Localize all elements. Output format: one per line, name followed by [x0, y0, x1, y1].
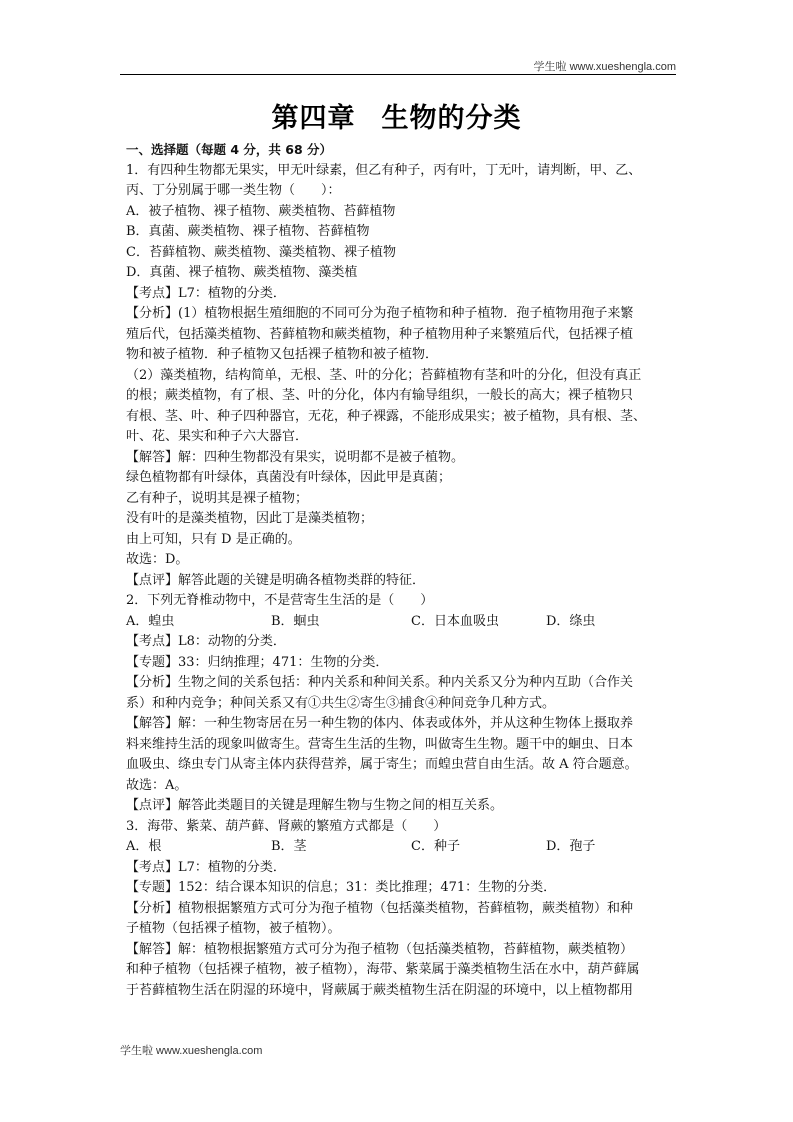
jieda-line: 【解答】解：一种生物寄居在另一种生物的体内、体表或体外，并从这种生物体上摄取养: [126, 714, 676, 735]
fenxi-line: （2）藻类植物，结构简单，无根、茎、叶的分化；苔藓植物有茎和叶的分化，但没有真正: [126, 366, 676, 387]
jieda-line: 【解答】解：植物根据繁殖方式可分为孢子植物（包括藻类植物，苔藓植物，蕨类植物）: [126, 940, 676, 961]
jieda-line: 绿色植物都有叶绿体，真菌没有叶绿体，因此甲是真菌；: [126, 468, 676, 489]
chapter-name: 生物的分类: [382, 103, 522, 134]
question-2: 2．下列无脊椎动物中，不是营寄生生活的是（ ） A．蝗虫 B．蛔虫 C．日本血吸…: [126, 591, 676, 817]
jieda-line: 血吸虫、绦虫专门从寄主体内获得营养，属于寄生；而蝗虫营自由生活。故 A 符合题意…: [126, 755, 676, 776]
jieda-line: 故选：D。: [126, 550, 676, 571]
option-c: C．种子: [411, 837, 546, 858]
jieda-line: 故选：A。: [126, 776, 676, 797]
option-a: A．蝗虫: [126, 612, 271, 633]
question-stem: 3．海带、紫菜、葫芦藓、肾蕨的繁殖方式都是（ ）: [126, 817, 676, 838]
fenxi-line: 殖后代，包括藻类植物、苔藓植物和蕨类植物，种子植物用种子来繁殖后代，包括裸子植: [126, 325, 676, 346]
option-a: A．被子植物、裸子植物、蕨类植物、苔藓植物: [126, 202, 676, 223]
jieda-line: 由上可知，只有 D 是正确的。: [126, 530, 676, 551]
header-divider: [120, 74, 676, 75]
fenxi-line: 系）和种内竞争；种间关系又有①共生②寄生③捕食④种间竞争几种方式。: [126, 694, 676, 715]
chapter-number: 第四章: [272, 103, 356, 134]
fenxi-line: 【分析】生物之间的关系包括：种内关系和种间关系。种内关系又分为种内互助（合作关: [126, 673, 676, 694]
kaodian: 【考点】L7：植物的分类．: [126, 284, 676, 305]
jieda-line: 料来维持生活的现象叫做寄生。营寄生生活的生物，叫做寄生生物。题干中的蛔虫、日本: [126, 735, 676, 756]
page-title: 第四章生物的分类: [0, 96, 793, 135]
option-a: A．根: [126, 837, 271, 858]
zhuanti: 【专题】33：归纳推理；471：生物的分类．: [126, 653, 676, 674]
fenxi-line: 子植物（包括裸子植物，被子植物）。: [126, 919, 676, 940]
section-heading: 一、选择题（每题 4 分，共 68 分）: [126, 140, 676, 161]
option-d: D．真菌、裸子植物、蕨类植物、藻类植: [126, 263, 676, 284]
jieda-line: 没有叶的是藻类植物，因此丁是藻类植物；: [126, 509, 676, 530]
fenxi-line: 物和被子植物．种子植物又包括裸子植物和被子植物．: [126, 345, 676, 366]
page-header-site: 学生啦 www.xueshengla.com: [120, 58, 676, 74]
jieda-line: 乙有种子，说明其是裸子植物；: [126, 489, 676, 510]
question-3: 3．海带、紫菜、葫芦藓、肾蕨的繁殖方式都是（ ） A．根 B．茎 C．种子 D．…: [126, 817, 676, 1002]
option-b: B．茎: [271, 837, 411, 858]
option-c: C．日本血吸虫: [411, 612, 546, 633]
fenxi-line: 【分析】(1）植物根据生殖细胞的不同可分为孢子植物和种子植物．孢子植物用孢子来繁: [126, 304, 676, 325]
zhuanti: 【专题】152：结合课本知识的信息；31：类比推理；471：生物的分类．: [126, 878, 676, 899]
document-body: 一、选择题（每题 4 分，共 68 分） 1．有四种生物都无果实，甲无叶绿素，但…: [126, 140, 676, 1001]
kaodian: 【考点】L8：动物的分类．: [126, 632, 676, 653]
question-stem: 丙、丁分别属于哪一类生物（ ）：: [126, 181, 676, 202]
option-c: C．苔藓植物、蕨类植物、藻类植物、裸子植物: [126, 243, 676, 264]
options-row: A．蝗虫 B．蛔虫 C．日本血吸虫 D．绦虫: [126, 612, 676, 633]
fenxi-line: 【分析】植物根据繁殖方式可分为孢子植物（包括藻类植物，苔藓植物，蕨类植物）和种: [126, 899, 676, 920]
kaodian: 【考点】L7：植物的分类．: [126, 858, 676, 879]
fenxi-line: 的根；蕨类植物，有了根、茎、叶的分化，体内有输导组织，一般长的高大；裸子植物只: [126, 386, 676, 407]
question-stem: 1．有四种生物都无果实，甲无叶绿素，但乙有种子，丙有叶，丁无叶，请判断，甲、乙、: [126, 161, 676, 182]
dianping: 【点评】解答此类题目的关键是理解生物与生物之间的相互关系。: [126, 796, 676, 817]
fenxi-line: 叶、花、果实和种子六大器官．: [126, 427, 676, 448]
jieda-line: 于苔藓植物生活在阴湿的环境中，肾蕨属于蕨类植物生活在阴湿的环境中，以上植物都用: [126, 981, 676, 1002]
option-d: D．孢子: [546, 837, 595, 858]
option-b: B．蛔虫: [271, 612, 411, 633]
options-row: A．根 B．茎 C．种子 D．孢子: [126, 837, 676, 858]
option-b: B．真菌、蕨类植物、裸子植物、苔藓植物: [126, 222, 676, 243]
jieda-line: 【解答】解：四种生物都没有果实，说明都不是被子植物。: [126, 448, 676, 469]
fenxi-line: 有根、茎、叶、种子四种器官，无花，种子裸露，不能形成果实；被子植物，具有根、茎、: [126, 407, 676, 428]
question-1: 1．有四种生物都无果实，甲无叶绿素，但乙有种子，丙有叶，丁无叶，请判断，甲、乙、…: [126, 161, 676, 592]
jieda-line: 和种子植物（包括裸子植物，被子植物），海带、紫菜属于藻类植物生活在水中，葫芦藓属: [126, 960, 676, 981]
question-stem: 2．下列无脊椎动物中，不是营寄生生活的是（ ）: [126, 591, 676, 612]
page-footer-site: 学生啦 www.xueshengla.com: [120, 1042, 262, 1058]
option-d: D．绦虫: [546, 612, 595, 633]
dianping: 【点评】解答此题的关键是明确各植物类群的特征．: [126, 571, 676, 592]
